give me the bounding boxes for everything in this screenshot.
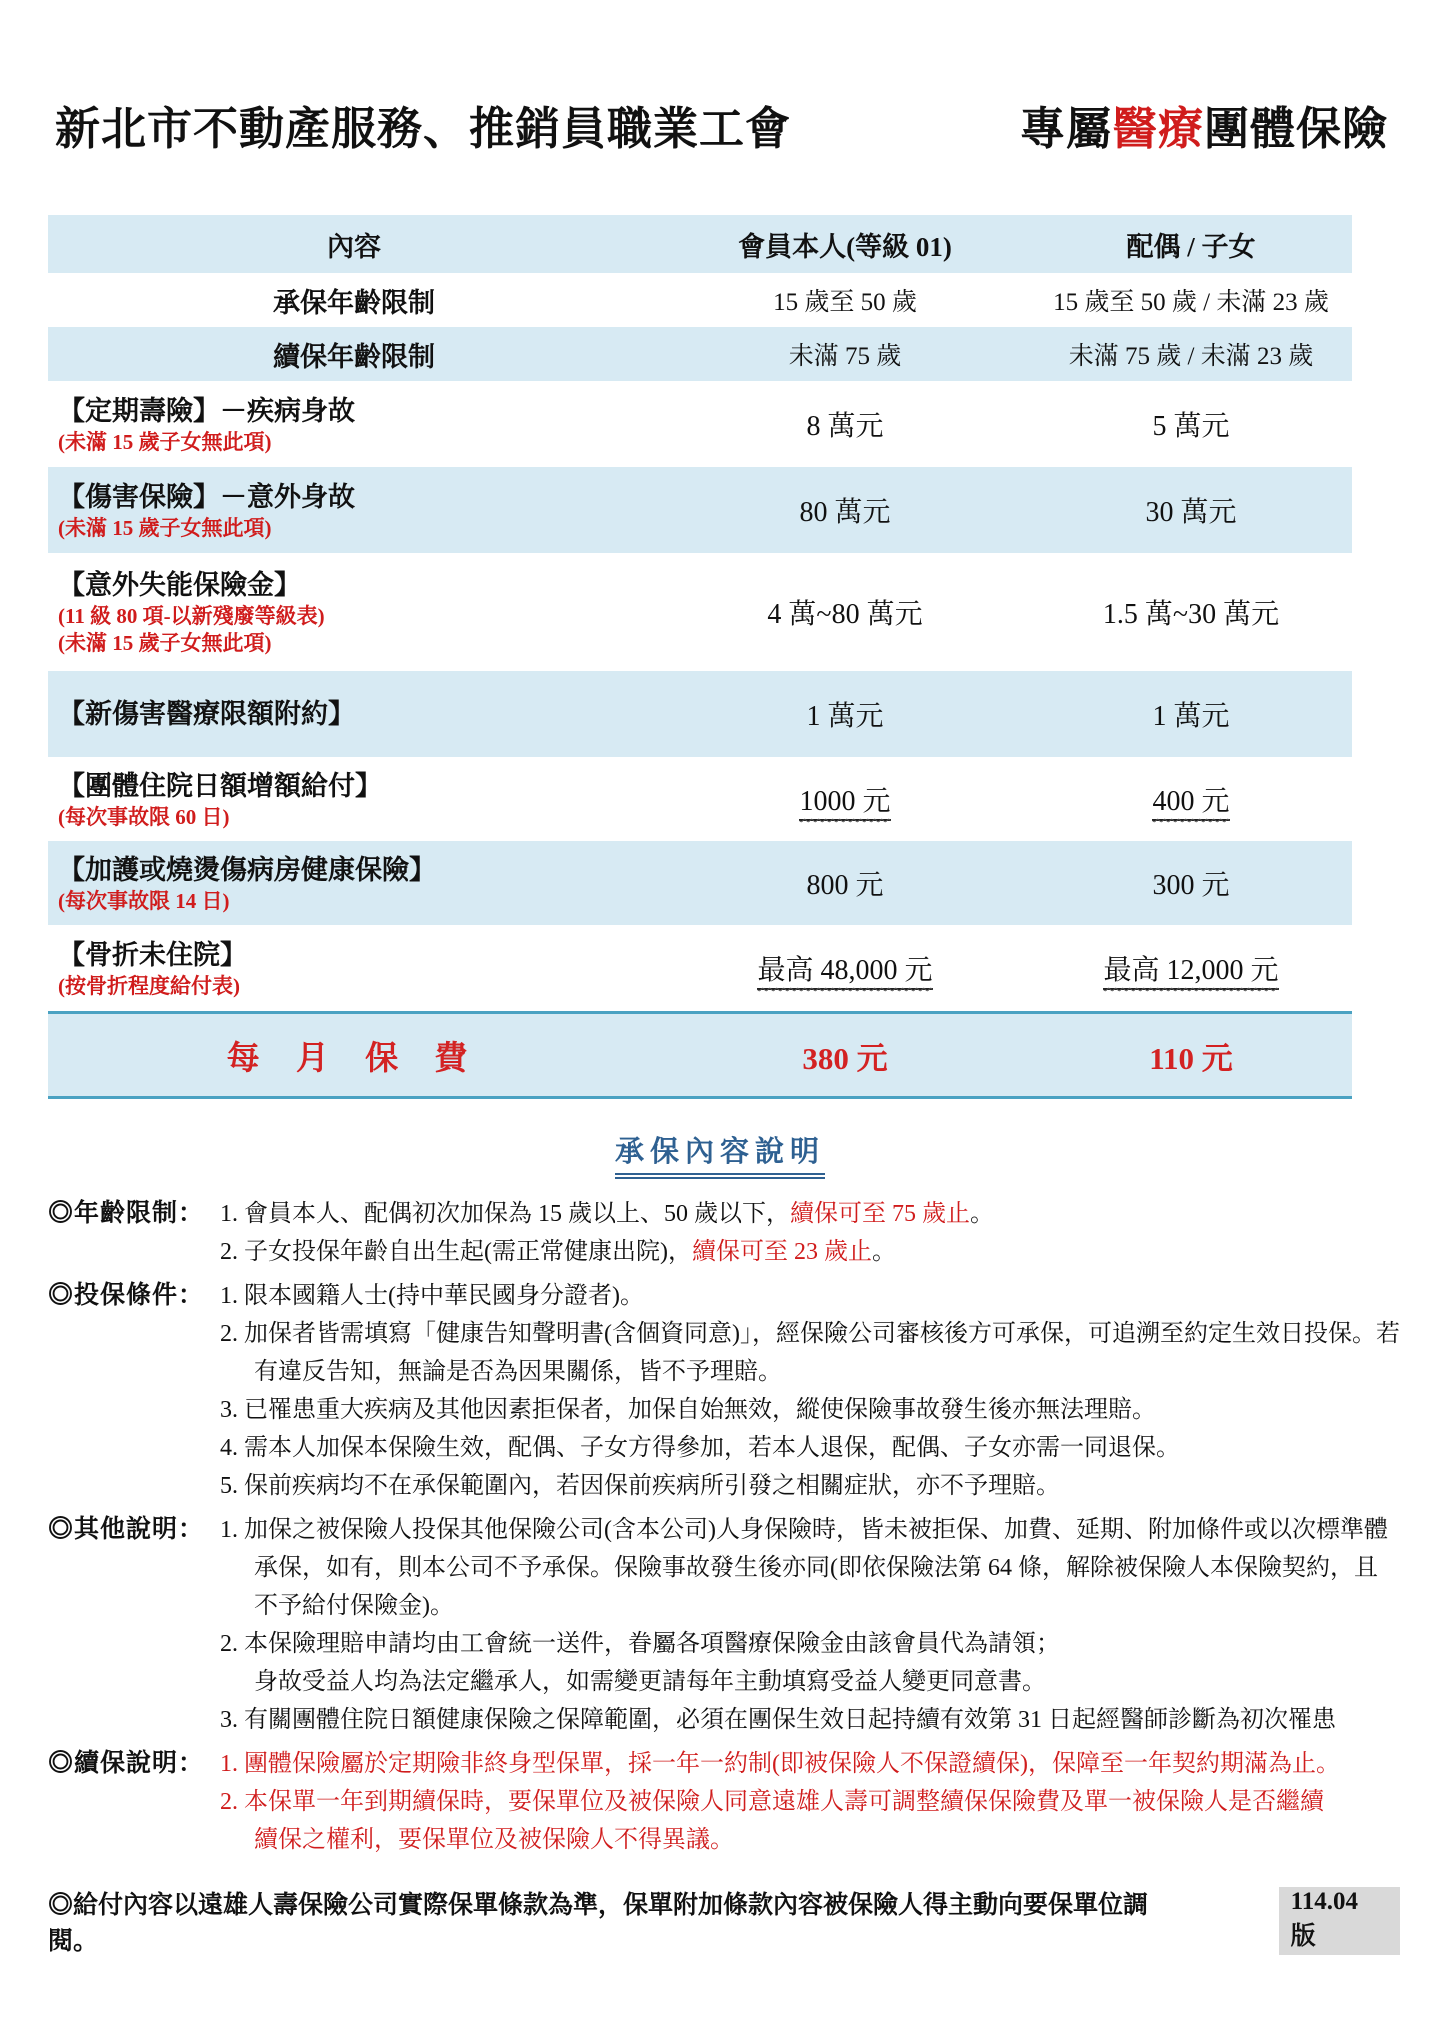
note-line: 1. 會員本人、配偶初次加保為 15 歲以上、50 歲以下，續保可至 75 歲止… <box>220 1195 1400 1233</box>
insurance-flyer-page: 新北市不動產服務、推銷員職業工會 專屬醫療團體保險 內容 會員本人(等級 01)… <box>0 0 1440 2036</box>
footer-disclaimer: ◎給付內容以遠雄人壽保險公司實際保單條款為準，保單附加條款內容被保險人得主動向要… <box>48 1885 1400 1957</box>
table-row-icu-burn: 【加護或燒燙傷病房健康保險】 (每次事故限 14 日) 800 元 300 元 <box>48 841 1352 925</box>
header-content: 內容 <box>48 225 660 264</box>
note-line: 2. 加保者皆需填寫「健康告知聲明書(含個資同意)」，經保險公司審核後方可承保，… <box>220 1315 1400 1391</box>
benefit-table: 內容 會員本人(等級 01) 配偶 / 子女 承保年齡限制 15 歲至 50 歲… <box>48 215 1352 1099</box>
benefit-note: (每次事故限 60 日) <box>58 804 660 831</box>
benefit-note: (按骨折程度給付表) <box>58 973 660 1000</box>
benefit-note: (未滿 15 歲子女無此項) <box>58 515 660 542</box>
table-row-injury-medical: 【新傷害醫療限額附約】 1 萬元 1 萬元 <box>48 671 1352 757</box>
note-section-age-limit: ◎年齡限制： 1. 會員本人、配偶初次加保為 15 歲以上、50 歲以下，續保可… <box>48 1195 1400 1271</box>
note-line: 2. 本保單一年到期續保時，要保單位及被保險人同意遠雄人壽可調整續保保險費及單一… <box>220 1783 1400 1859</box>
note-line: 1. 限本國籍人士(持中華民國身分證者)。 <box>220 1277 1400 1315</box>
explain-section: ◎年齡限制： 1. 會員本人、配偶初次加保為 15 歲以上、50 歲以下，續保可… <box>48 1195 1400 1859</box>
version-badge: 114.04 版 <box>1279 1887 1400 1955</box>
product-title: 專屬醫療團體保險 <box>1020 92 1388 157</box>
table-row-term-life: 【定期壽險】－疾病身故 (未滿 15 歲子女無此項) 8 萬元 5 萬元 <box>48 381 1352 467</box>
note-line: 3. 已罹患重大疾病及其他因素拒保者，加保自始無效，縱使保險事故發生後亦無法理賠… <box>220 1391 1400 1429</box>
table-row-renewal-age: 續保年齡限制 未滿 75 歲 未滿 75 歲 / 未滿 23 歲 <box>48 327 1352 381</box>
table-row-accident: 【傷害保險】－意外身故 (未滿 15 歲子女無此項) 80 萬元 30 萬元 <box>48 467 1352 553</box>
table-row-enrollment-age: 承保年齡限制 15 歲至 50 歲 15 歲至 50 歲 / 未滿 23 歲 <box>48 273 1352 327</box>
product-title-highlight: 醫療 <box>1112 102 1204 155</box>
footer-text: ◎給付內容以遠雄人壽保險公司實際保單條款為準，保單附加條款內容被保險人得主動向要… <box>48 1885 1184 1957</box>
note-line: 3. 有關團體住院日額健康保險之保障範圍，必須在團保生效日起持續有效第 31 日… <box>220 1701 1400 1739</box>
benefit-note: (每次事故限 14 日) <box>58 888 660 915</box>
note-line: 2. 子女投保年齡自出生起(需正常健康出院)，續保可至 23 歲止。 <box>220 1233 1400 1271</box>
benefit-note: (未滿 15 歲子女無此項) <box>58 429 660 456</box>
table-row-hospital-daily: 【團體住院日額增額給付】 (每次事故限 60 日) 1000 元 400 元 <box>48 757 1352 841</box>
table-header-row: 內容 會員本人(等級 01) 配偶 / 子女 <box>48 215 1352 273</box>
table-row-monthly-premium: 每 月 保 費 380 元 110 元 <box>48 1011 1352 1099</box>
note-section-apply-conditions: ◎投保條件： 1. 限本國籍人士(持中華民國身分證者)。 2. 加保者皆需填寫「… <box>48 1277 1400 1505</box>
page-title: 新北市不動產服務、推銷員職業工會 專屬醫療團體保險 <box>55 92 1388 157</box>
note-line: 1. 加保之被保險人投保其他保險公司(含本公司)人身保險時，皆未被拒保、加費、延… <box>220 1511 1400 1625</box>
benefit-note: (未滿 15 歲子女無此項) <box>58 630 660 657</box>
header-member: 會員本人(等級 01) <box>660 225 1030 264</box>
note-line: 2. 本保險理賠申請均由工會統一送件，眷屬各項醫療保險金由該會員代為請領； 身故… <box>220 1625 1400 1701</box>
table-row-accident-disability: 【意外失能保險金】 (11 級 80 項-以新殘廢等級表) (未滿 15 歲子女… <box>48 553 1352 671</box>
note-section-renewal: ◎續保說明： 1. 團體保險屬於定期險非終身型保單，採一年一約制(即被保險人不保… <box>48 1745 1400 1859</box>
note-section-other: ◎其他說明： 1. 加保之被保險人投保其他保險公司(含本公司)人身保險時，皆未被… <box>48 1511 1400 1739</box>
note-line: 5. 保前疾病均不在承保範圍內，若因保前疾病所引發之相關症狀，亦不予理賠。 <box>220 1467 1400 1505</box>
table-row-fracture: 【骨折未住院】 (按骨折程度給付表) 最高 48,000 元 最高 12,000… <box>48 925 1352 1011</box>
benefit-note: (11 級 80 項-以新殘廢等級表) <box>58 603 660 630</box>
union-name-title: 新北市不動產服務、推銷員職業工會 <box>55 92 791 157</box>
note-line: 4. 需本人加保本保險生效，配偶、子女方得參加，若本人退保，配偶、子女亦需一同退… <box>220 1429 1400 1467</box>
note-line: 1. 團體保險屬於定期險非終身型保單，採一年一約制(即被保險人不保證續保)，保障… <box>220 1745 1400 1783</box>
header-dependent: 配偶 / 子女 <box>1030 225 1352 264</box>
explain-section-heading: 承保內容說明 <box>0 1129 1440 1179</box>
